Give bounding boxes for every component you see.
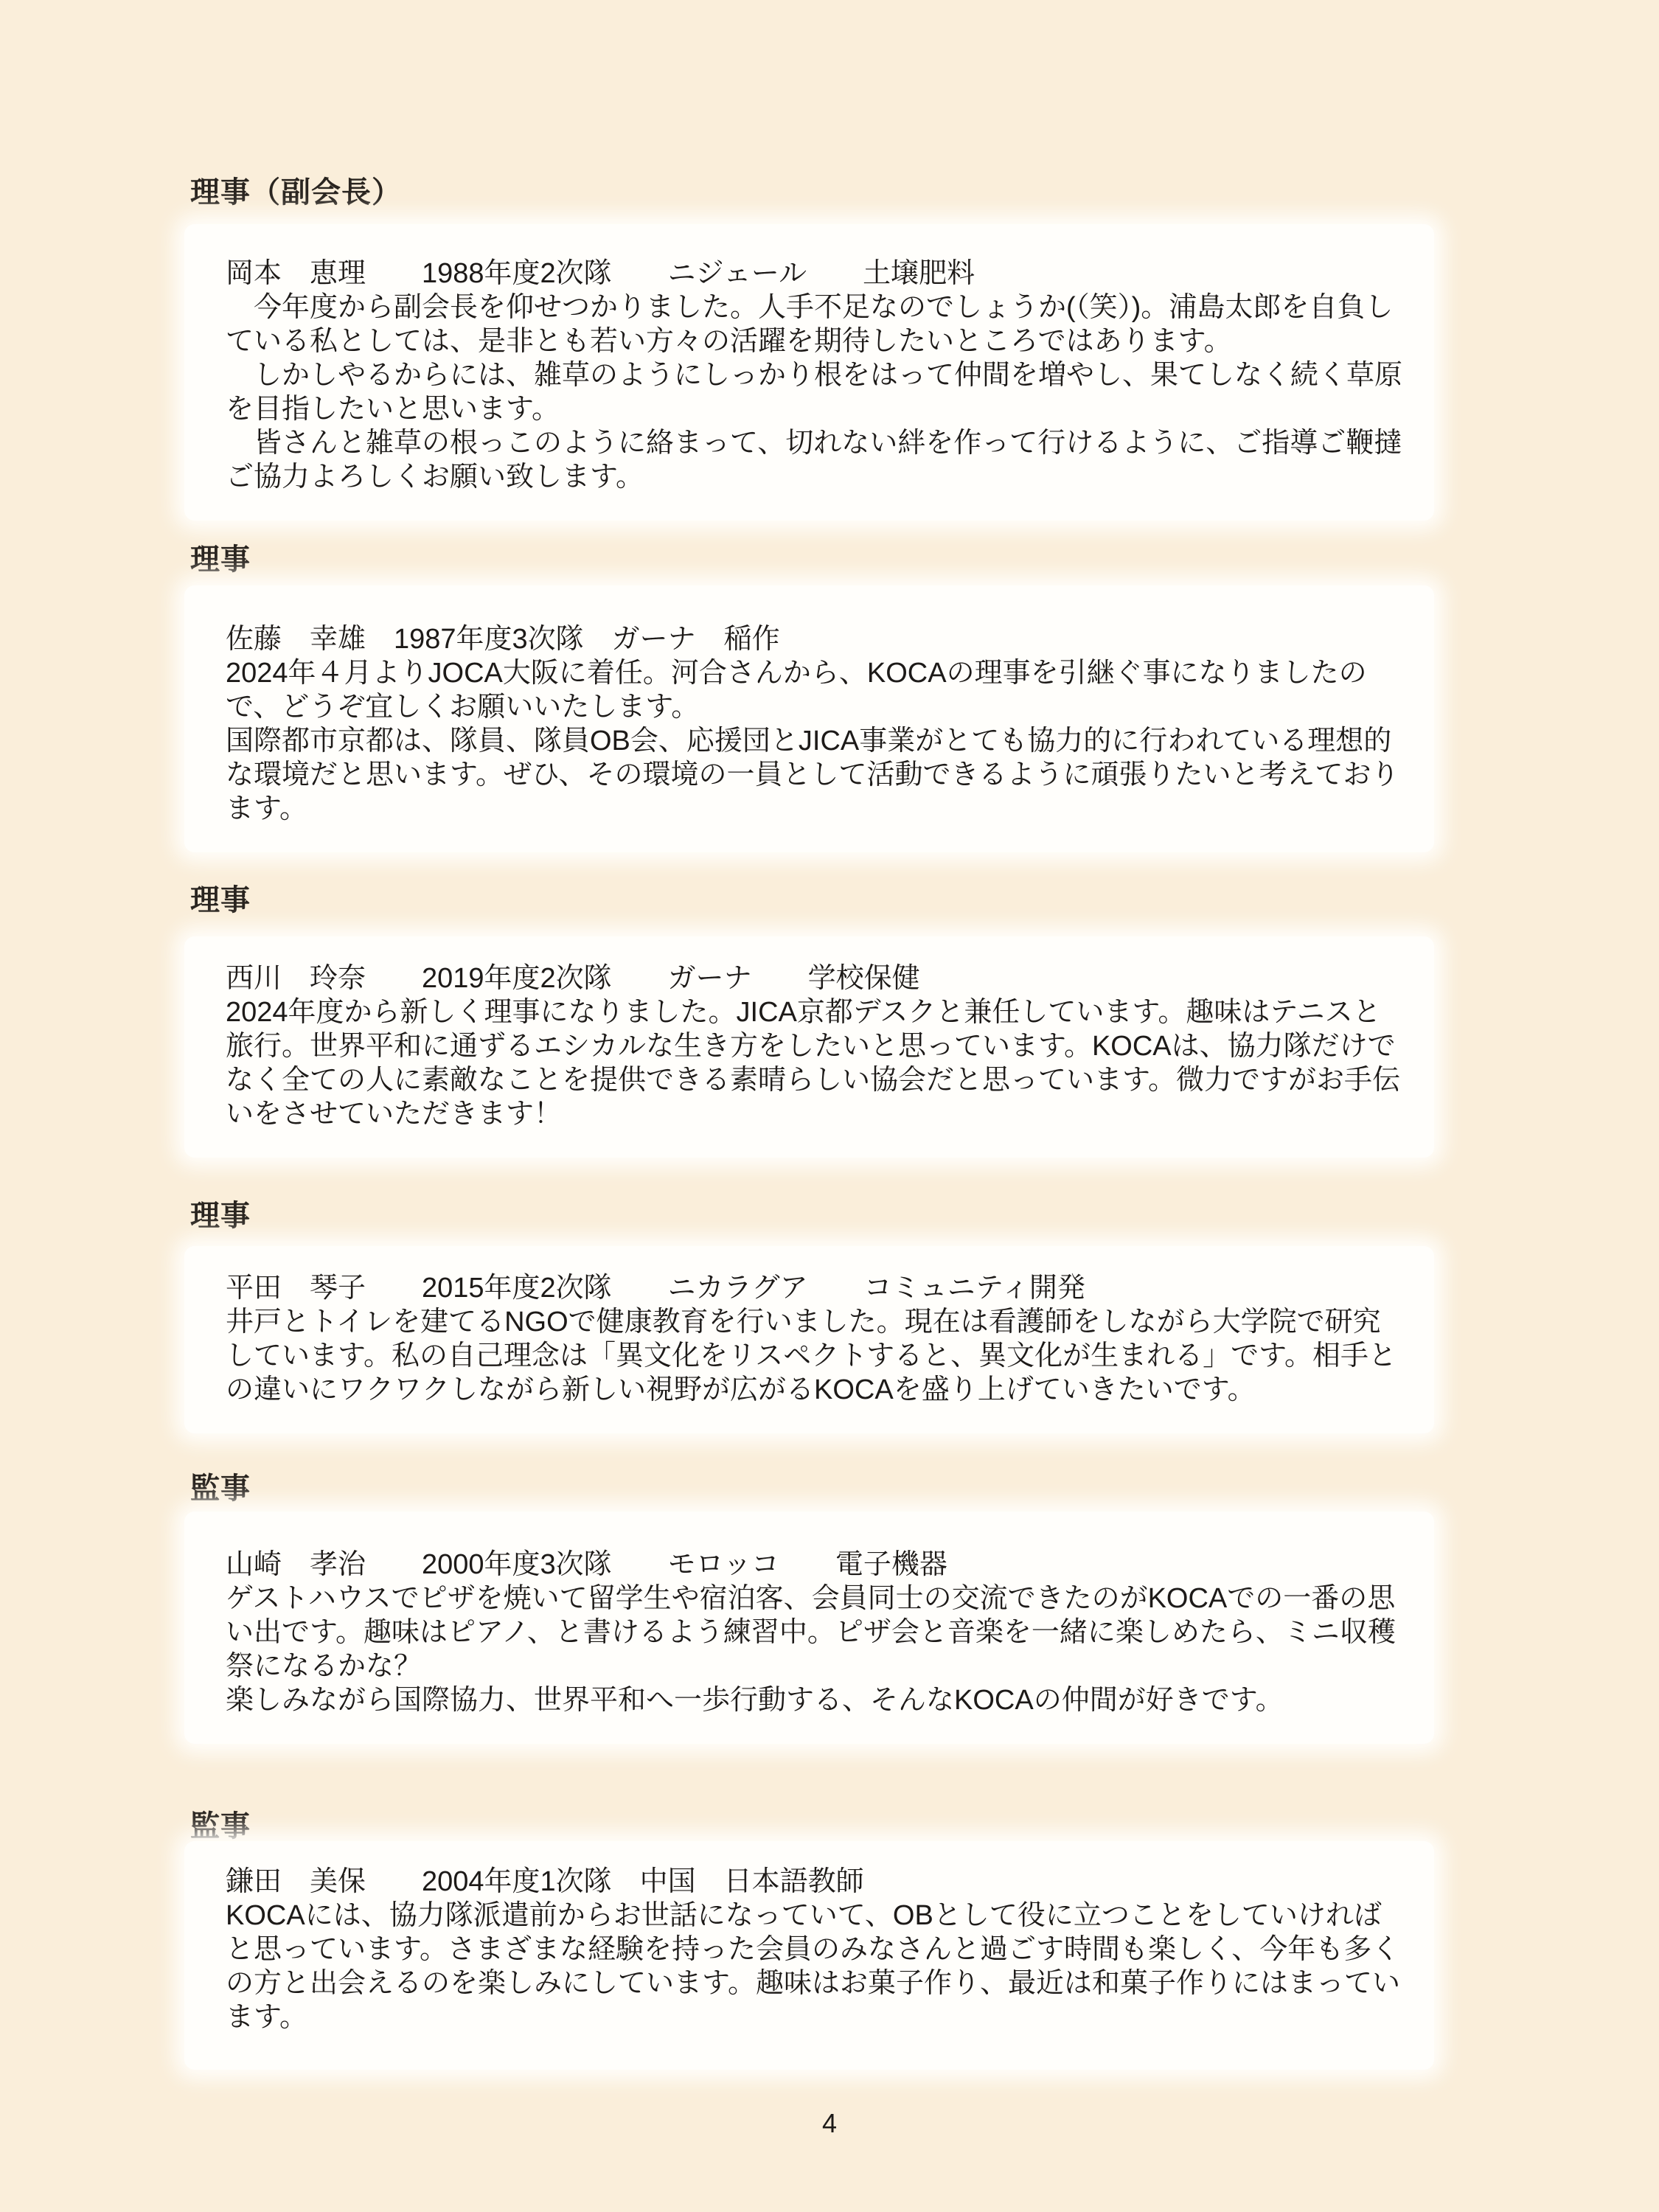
member-name-line: 西川 玲奈 2019年度2次隊 ガーナ 学校保健 <box>226 961 1403 995</box>
member-name-line: 岡本 恵理 1988年度2次隊 ニジェール 土壌肥料 <box>226 257 1403 291</box>
section-heading-director: 理事 <box>190 543 251 577</box>
member-profile-text: ゲストハウスでピザを焼いて留学生や宿泊客、会員同士の交流できたのがKOCAでの一… <box>226 1582 1403 1717</box>
page-number: 4 <box>0 2107 1659 2140</box>
member-profile-text: KOCAには、協力隊派遣前からお世話になっていて、OBとして役に立つことをしてい… <box>226 1899 1403 2034</box>
profile-card: 岡本 恵理 1988年度2次隊 ニジェール 土壌肥料 今年度から副会長を仰せつか… <box>184 224 1434 521</box>
profile-card: 佐藤 幸雄 1987年度3次隊 ガーナ 稲作 2024年４月よりJOCA大阪に着… <box>184 585 1434 852</box>
member-name-line: 平田 琴子 2015年度2次隊 ニカラグア コミュニティ開発 <box>226 1271 1403 1305</box>
member-profile-text: 井戸とトイレを建てるNGOで健康教育を行いました。現在は看護師をしながら大学院で… <box>226 1305 1403 1407</box>
member-name-line: 山崎 孝治 2000年度3次隊 モロッコ 電子機器 <box>226 1548 1403 1582</box>
profile-card: 平田 琴子 2015年度2次隊 ニカラグア コミュニティ開発 井戸とトイレを建て… <box>184 1246 1434 1433</box>
member-profile-text: 2024年４月よりJOCA大阪に着任。河合さんから、KOCAの理事を引継ぐ事にな… <box>226 656 1403 826</box>
section-heading-director-vice-chair: 理事（副会長） <box>190 175 402 209</box>
document-page: 理事（副会長） 岡本 恵理 1988年度2次隊 ニジェール 土壌肥料 今年度から… <box>0 0 1659 2212</box>
member-name-line: 鎌田 美保 2004年度1次隊 中国 日本語教師 <box>226 1865 1403 1899</box>
section-heading-auditor: 監事 <box>190 1809 251 1843</box>
profile-card: 鎌田 美保 2004年度1次隊 中国 日本語教師 KOCAには、協力隊派遣前から… <box>184 1841 1434 2070</box>
member-profile-text: 今年度から副会長を仰せつかりました。人手不足なのでしょうか(（笑）)。浦島太郎を… <box>226 291 1403 494</box>
section-heading-auditor: 監事 <box>190 1472 251 1506</box>
profile-card: 山崎 孝治 2000年度3次隊 モロッコ 電子機器 ゲストハウスでピザを焼いて留… <box>184 1512 1434 1744</box>
section-heading-director: 理事 <box>190 883 251 917</box>
profile-card: 西川 玲奈 2019年度2次隊 ガーナ 学校保健 2024年度から新しく理事にな… <box>184 936 1434 1158</box>
member-profile-text: 2024年度から新しく理事になりました。JICA京都デスクと兼任しています。趣味… <box>226 995 1403 1131</box>
member-name-line: 佐藤 幸雄 1987年度3次隊 ガーナ 稲作 <box>226 622 1403 656</box>
section-heading-director: 理事 <box>190 1199 251 1233</box>
